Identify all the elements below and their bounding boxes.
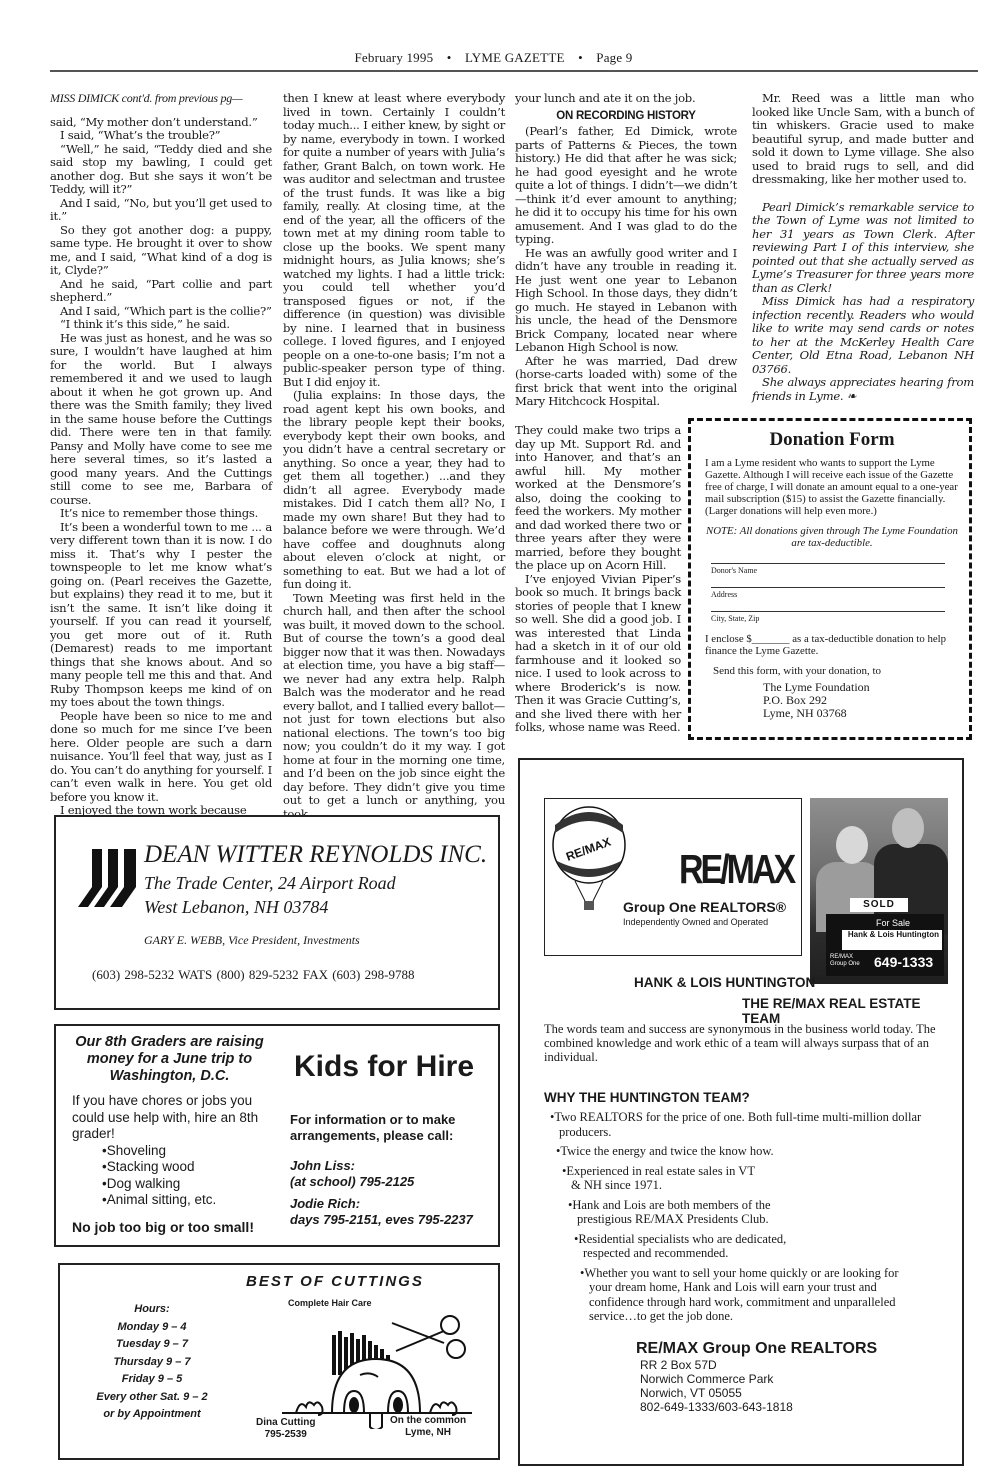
dean-witter-ad: DEAN WITTER REYNOLDS INC. The Trade Cent… (54, 815, 500, 1010)
remax-independent: Independently Owned and Operated (623, 917, 768, 927)
paragraph: So they got another dog: a puppy, same t… (50, 224, 272, 278)
paragraph: Miss Dimick has had a respiratory infect… (752, 295, 974, 376)
address-field[interactable]: Address (711, 587, 945, 599)
owner-phone: 795-2539 (256, 1429, 315, 1441)
remax-intro: The words team and success are synonymou… (544, 1022, 944, 1064)
paragraph: I said, “What’s the trouble?” (50, 129, 272, 143)
paragraph: Mr. Reed was a little man who looked lik… (752, 92, 974, 187)
agent-head (892, 808, 924, 848)
paragraph: After he was married, Dad drew (horse-ca… (515, 355, 737, 409)
address-line: 802-649-1333/603-643-1818 (640, 1400, 793, 1414)
page-header: February 1995 • LYME GAZETTE • Page 9 (0, 50, 987, 66)
agent-names: HANK & LOIS HUNTINGTON (634, 975, 815, 990)
location-line: Lyme, NH (390, 1427, 466, 1439)
contact-phones: (603) 298-5232 WATS (800) 829-5232 FAX (… (92, 967, 414, 983)
contact-phone: (at school) 795-2125 (290, 1174, 495, 1190)
address-line: RR 2 Box 57D (640, 1358, 793, 1372)
foundation-address: The Lyme Foundation P.O. Box 292 Lyme, N… (705, 681, 959, 720)
salon-name: BEST OF CUTTINGS (246, 1273, 424, 1290)
send-instructions: Send this form, with your donation, to (705, 665, 959, 677)
contact-jodie: Jodie Rich: days 795-2151, eves 795-2237 (290, 1196, 495, 1228)
city-state-zip-field[interactable]: City, State, Zip (711, 611, 945, 623)
editor-note: Pearl Dimick’s remarkable service to the… (752, 201, 974, 404)
agents-photo: SOLD For Sale Hank & Lois Huntington RE/… (810, 798, 948, 984)
remax-footer-address: RR 2 Box 57D Norwich Commerce Park Norwi… (640, 1358, 793, 1414)
kids-ad-left: Our 8th Graders are raising money for a … (72, 1034, 267, 1235)
why-bullet: Experienced in real estate sales in VT &… (562, 1164, 762, 1193)
article-column-4: Mr. Reed was a little man who looked lik… (752, 92, 974, 403)
peeking-face-scissors-icon (272, 1309, 482, 1429)
address-line: Norwich Commerce Park (640, 1372, 793, 1386)
service-item: Stacking wood (102, 1159, 267, 1176)
salon-hours: Hours: Monday 9 – 4 Tuesday 9 – 7 Thursd… (82, 1301, 222, 1424)
issue-date: February 1995 (354, 50, 433, 65)
remax-ad: RE/MAX RE/MAX Group One REALTORS® Indepe… (518, 758, 964, 1466)
paragraph: then I knew at least where everybody liv… (283, 92, 505, 389)
why-bullet: Residential specialists who are dedicate… (574, 1232, 824, 1261)
location-line: On the common (390, 1415, 466, 1427)
paragraph: (Pearl’s father, Ed Dimick, wrote parts … (515, 125, 737, 247)
continuation-kicker: MISS DIMICK cont'd. from previous pg— (50, 92, 272, 106)
donation-form-note: NOTE: All donations given through The Ly… (705, 525, 959, 549)
donor-name-field[interactable]: Donor's Name (711, 563, 945, 575)
donation-form-body: I am a Lyme resident who wants to suppor… (705, 457, 959, 517)
hours-row: Tuesday 9 – 7 (82, 1336, 222, 1354)
contact-person: GARY E. WEBB, Vice President, Investment… (144, 933, 360, 948)
contact-name: Jodie Rich: (290, 1196, 495, 1212)
kids-ad-right: For information or to make arrangements,… (290, 1112, 495, 1228)
kids-title: Kids for Hire (294, 1050, 474, 1084)
paragraph: It’s been a wonderful town to me ... a v… (50, 521, 272, 710)
why-bullet: Twice the energy and twice the know how. (556, 1144, 950, 1159)
paragraph: He was an awfully good writer and I didn… (515, 247, 737, 355)
company-name: DEAN WITTER REYNOLDS INC. (144, 841, 487, 869)
best-of-cuttings-ad: BEST OF CUTTINGS Complete Hair Care Hour… (58, 1263, 500, 1460)
page-number: Page 9 (596, 50, 632, 65)
donation-amount-line[interactable]: I enclose $_______ as a tax-deductible d… (705, 633, 959, 657)
sold-sign: SOLD (850, 898, 908, 912)
hours-label: Hours: (82, 1301, 222, 1319)
service-item: Animal sitting, etc. (102, 1192, 267, 1209)
paragraph: And I said, “Which part is the collie?” (50, 305, 272, 319)
owner-name: Dina Cutting (256, 1417, 315, 1429)
publication-name: LYME GAZETTE (465, 50, 565, 65)
hot-air-balloon-icon: RE/MAX (549, 805, 629, 917)
sign-brand: RE/MAX Group One (830, 954, 870, 968)
service-item: Dog walking (102, 1176, 267, 1193)
hours-row: Every other Sat. 9 – 2 (82, 1389, 222, 1407)
article-column-3-continued: They could make two trips a day up Mt. S… (515, 424, 681, 735)
dean-witter-logo-icon (78, 847, 140, 909)
section-subhead: ON RECORDING HISTORY (515, 110, 737, 124)
kids-footer: No job too big or too small! (72, 1219, 267, 1235)
for-sale-sign: For Sale Hank & Lois Huntington RE/MAX G… (826, 914, 944, 976)
hours-row: Friday 9 – 5 (82, 1371, 222, 1389)
paragraph: Town Meeting was first held in the churc… (283, 592, 505, 822)
hours-row: Thursday 9 – 7 (82, 1354, 222, 1372)
contact-john: John Liss: (at school) 795-2125 (290, 1158, 495, 1190)
hours-row: Monday 9 – 4 (82, 1319, 222, 1337)
donation-form: Donation Form I am a Lyme resident who w… (688, 418, 972, 740)
header-rule (50, 70, 978, 72)
paragraph: I’ve enjoyed Vivian Piper’s book so much… (515, 573, 681, 735)
paragraph: And he said, “Part collie and part sheph… (50, 278, 272, 305)
services-list: Shoveling Stacking wood Dog walking Anim… (102, 1143, 267, 1209)
sign-agent-names: Hank & Lois Huntington (842, 930, 942, 950)
paragraph: It’s nice to remember those things. (50, 507, 272, 521)
company-address-2: West Lebanon, NH 03784 (144, 897, 328, 918)
article-column-1: MISS DIMICK cont'd. from previous pg— sa… (50, 92, 272, 818)
why-bullets: Two REALTORS for the price of one. Both … (550, 1110, 950, 1329)
paragraph: People have been so nice to me and done … (50, 710, 272, 805)
separator-bullet: • (447, 50, 452, 65)
donation-form-title: Donation Form (705, 429, 959, 451)
agent-head (836, 826, 868, 864)
paragraph: “I think it’s this side,” he said. (50, 318, 272, 332)
paragraph: Pearl Dimick’s remarkable service to the… (752, 201, 974, 296)
article-column-3: your lunch and ate it on the job. ON REC… (515, 92, 737, 409)
paragraph: “Well,” he said, “Teddy died and she sai… (50, 143, 272, 197)
for-sale-label: For Sale (876, 918, 910, 928)
salon-tagline: Complete Hair Care (288, 1298, 372, 1308)
paragraph: said, “My mother don’t understand.” (50, 116, 272, 130)
paragraph: They could make two trips a day up Mt. S… (515, 424, 681, 573)
kids-for-hire-ad: Our 8th Graders are raising money for a … (54, 1024, 500, 1247)
paragraph: your lunch and ate it on the job. (515, 92, 737, 106)
why-bullet: Whether you want to sell your home quick… (580, 1266, 920, 1324)
why-heading: WHY THE HUNTINGTON TEAM? (544, 1090, 750, 1105)
separator-bullet: • (578, 50, 583, 65)
salon-owner: Dina Cutting 795-2539 (256, 1417, 315, 1441)
why-bullet: Two REALTORS for the price of one. Both … (550, 1110, 950, 1139)
article-column-2: then I knew at least where everybody liv… (283, 92, 505, 821)
paragraph: He was just as honest, and he was so sur… (50, 332, 272, 508)
kids-body: If you have chores or jobs you could use… (72, 1093, 267, 1143)
address-line: Norwich, VT 05055 (640, 1386, 793, 1400)
paragraph: She always appreciates hearing from frie… (752, 376, 974, 403)
kids-info: For information or to make arrangements,… (290, 1112, 495, 1144)
contact-phone: days 795-2151, eves 795-2237 (290, 1212, 495, 1228)
paragraph: And I said, “No, but you’ll get used to … (50, 197, 272, 224)
paragraph: (Julia explains: In those days, the road… (283, 389, 505, 592)
service-item: Shoveling (102, 1143, 267, 1160)
kids-headline: Our 8th Graders are raising money for a … (72, 1034, 267, 1085)
remax-group: Group One REALTORS® (623, 899, 786, 915)
company-address-1: The Trade Center, 24 Airport Road (144, 873, 396, 894)
sign-phone: 649-1333 (874, 954, 933, 970)
salon-location: On the common Lyme, NH (390, 1415, 466, 1439)
remax-logo-box: RE/MAX RE/MAX Group One REALTORS® Indepe… (544, 798, 802, 956)
contact-name: John Liss: (290, 1158, 495, 1174)
remax-logo: RE/MAX (679, 847, 793, 894)
why-bullet: Hank and Lois are both members of the pr… (568, 1198, 818, 1227)
hours-row: or by Appointment (82, 1406, 222, 1424)
address-line: Lyme, NH 03768 (763, 707, 959, 720)
remax-footer-name: RE/MAX Group One REALTORS (636, 1340, 877, 1358)
